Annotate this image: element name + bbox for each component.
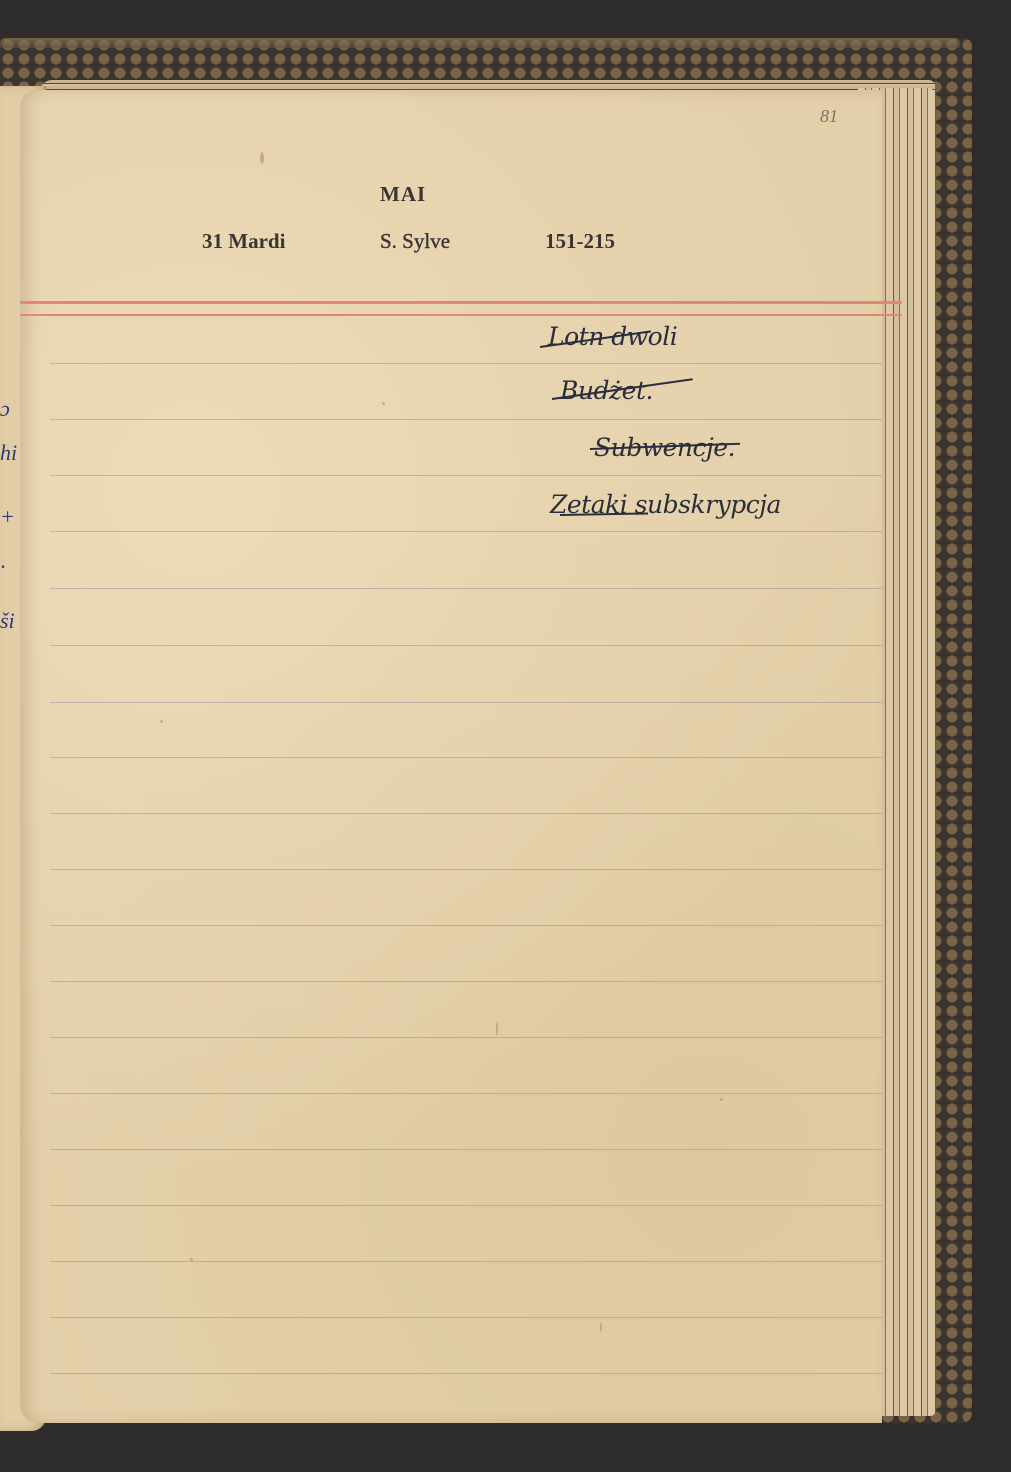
paper-stain — [496, 1022, 498, 1036]
ruled-line — [50, 531, 882, 532]
ruled-line — [50, 925, 882, 926]
month-heading: MAI — [380, 182, 426, 207]
header-rule-red-1 — [20, 301, 902, 304]
diary-page: 81 MAI 31 Mardi S. Sylve 151-215 Lotn dw… — [20, 90, 882, 1423]
ruled-line — [50, 363, 882, 364]
left-page-fragment: · — [0, 556, 6, 578]
cover-top-edge — [0, 38, 960, 48]
paper-stain — [260, 152, 264, 164]
paper-speck — [160, 720, 163, 723]
day-label: 31 Mardi — [202, 229, 285, 254]
paper-speck — [382, 402, 385, 405]
ruled-line — [50, 869, 882, 870]
left-page-fragment: + — [0, 506, 15, 528]
ruled-line — [50, 702, 882, 703]
left-page-fragment: ɔ — [0, 398, 10, 420]
ruled-line — [50, 588, 882, 589]
ruled-line — [50, 1093, 882, 1094]
ruled-line — [50, 1317, 882, 1318]
paper-speck — [190, 1258, 193, 1261]
ruled-line — [50, 1037, 882, 1038]
saint-name: S. Sylve — [380, 229, 450, 254]
ruled-line — [50, 645, 882, 646]
page-number: 81 — [820, 106, 838, 127]
ruled-line — [50, 475, 882, 476]
ruled-line — [50, 1261, 882, 1262]
header-rule-red-2 — [20, 314, 902, 316]
paper-speck — [720, 1098, 723, 1101]
ruled-line — [50, 813, 882, 814]
ruled-line — [50, 419, 882, 420]
ruled-line — [50, 1149, 882, 1150]
ruled-line — [50, 981, 882, 982]
paper-stain — [600, 1322, 602, 1332]
left-page-fragment: hi — [0, 442, 17, 464]
ruled-line — [50, 1373, 882, 1374]
ruled-line — [50, 1205, 882, 1206]
day-count: 151-215 — [545, 229, 615, 254]
left-page-fragment: ši — [0, 610, 15, 632]
ruled-line — [50, 757, 882, 758]
